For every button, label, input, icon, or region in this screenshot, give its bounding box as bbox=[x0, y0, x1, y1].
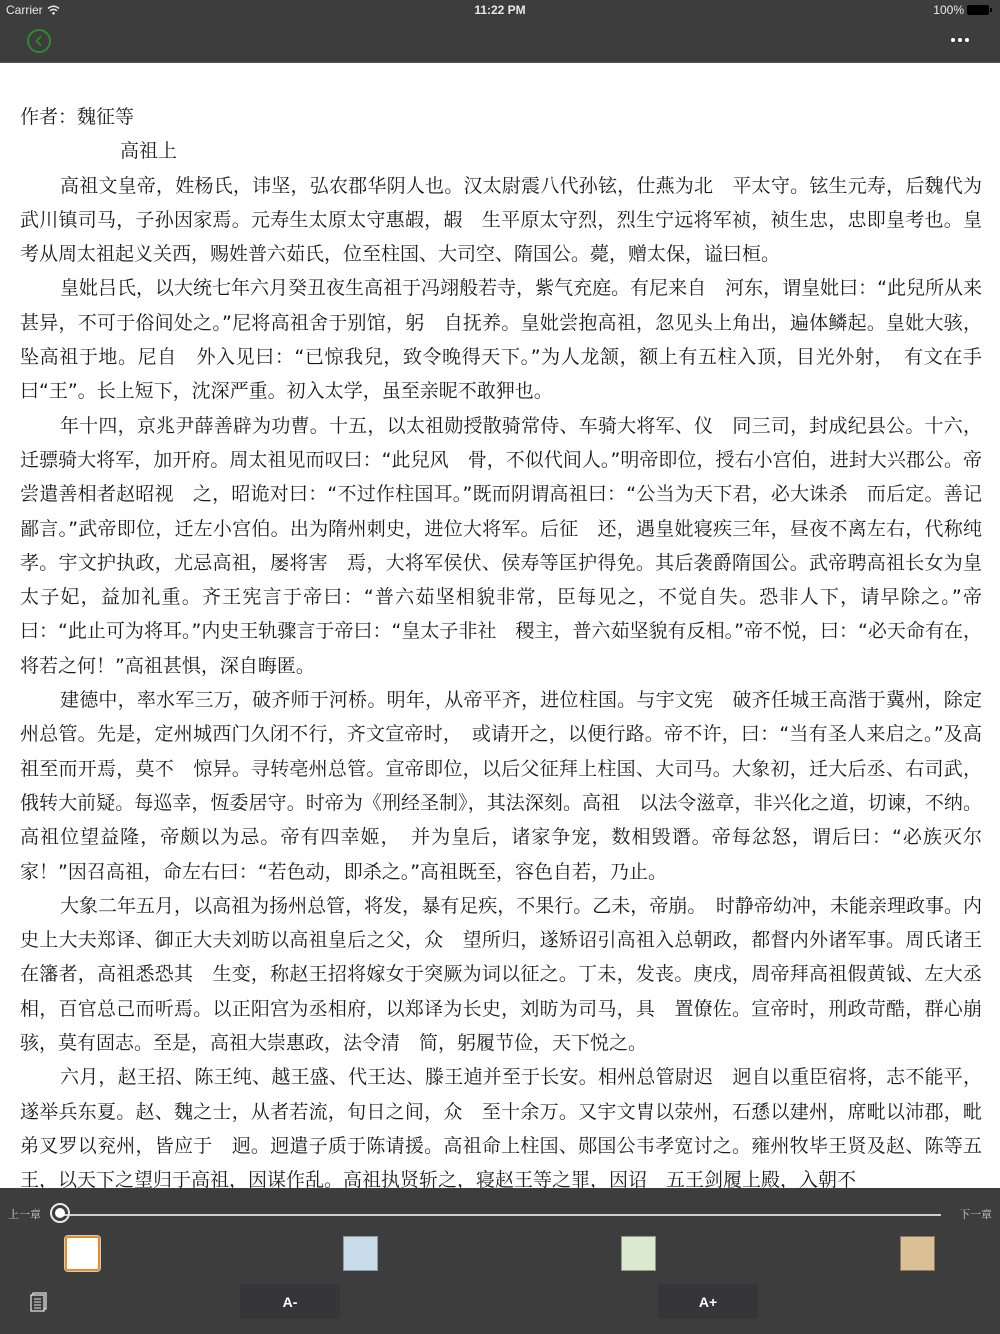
top-bar: Carrier 11:22 PM 100% bbox=[0, 0, 1000, 63]
status-bar: Carrier 11:22 PM 100% bbox=[0, 0, 1000, 20]
author-line: 作者：魏征等 bbox=[20, 100, 982, 134]
chevron-left-icon bbox=[34, 35, 44, 47]
paragraph: 年十四，京兆尹薛善辟为功曹。十五，以太祖勋授散骑常侍、车骑大将军、仪 同三司，封… bbox=[20, 409, 982, 683]
battery-percent: 100% bbox=[933, 3, 964, 17]
next-chapter-button[interactable]: 下一章 bbox=[959, 1206, 992, 1222]
theme-swatch-white[interactable] bbox=[65, 1236, 100, 1271]
battery-tip bbox=[990, 8, 992, 12]
status-time: 11:22 PM bbox=[0, 3, 1000, 17]
reader-settings-bar: 上一章 下一章 A- A+ bbox=[0, 1188, 1000, 1334]
slider-thumb-dot bbox=[55, 1208, 65, 1218]
theme-swatch-tan[interactable] bbox=[900, 1236, 935, 1271]
reader-content[interactable]: 作者：魏征等 高祖上 高祖文皇帝，姓杨氏，讳坚，弘农郡华阴人也。汉太尉震八代孙铉… bbox=[20, 100, 982, 1190]
prev-chapter-button[interactable]: 上一章 bbox=[8, 1206, 41, 1222]
table-of-contents-button[interactable] bbox=[30, 1292, 48, 1312]
paragraph: 建德中，率水军三万，破齐师于河桥。明年，从帝平齐，进位柱国。与宇文宪 破齐任城王… bbox=[20, 683, 982, 889]
nav-bar bbox=[0, 20, 1000, 62]
theme-swatch-green[interactable] bbox=[621, 1236, 656, 1271]
slider-thumb[interactable] bbox=[50, 1203, 70, 1223]
document-list-icon bbox=[30, 1292, 48, 1312]
chapter-progress-slider[interactable] bbox=[62, 1214, 941, 1216]
font-increase-button[interactable]: A+ bbox=[658, 1284, 758, 1319]
paragraph: 六月，赵王招、陈王纯、越王盛、代王达、滕王逌并至于长安。相州总管尉迟 迥自以重臣… bbox=[20, 1060, 982, 1190]
battery-icon bbox=[967, 5, 989, 15]
font-decrease-button[interactable]: A- bbox=[240, 1284, 340, 1319]
battery-info: 100% bbox=[933, 3, 992, 17]
more-dots-icon bbox=[948, 30, 972, 50]
chapter-title: 高祖上 bbox=[20, 134, 982, 168]
paragraph: 高祖文皇帝，姓杨氏，讳坚，弘农郡华阴人也。汉太尉震八代孙铉，仕燕为北 平太守。铉… bbox=[20, 169, 982, 272]
paragraph: 皇妣吕氏，以大统七年六月癸丑夜生高祖于冯翊般若寺，紫气充庭。有尼来自 河东，谓皇… bbox=[20, 271, 982, 408]
theme-swatch-blue[interactable] bbox=[343, 1236, 378, 1271]
paragraph: 大象二年五月，以高祖为扬州总管，将发，暴有足疾，不果行。乙未，帝崩。 时静帝幼冲… bbox=[20, 889, 982, 1060]
back-button[interactable] bbox=[27, 29, 51, 53]
more-options-button[interactable] bbox=[948, 30, 972, 50]
